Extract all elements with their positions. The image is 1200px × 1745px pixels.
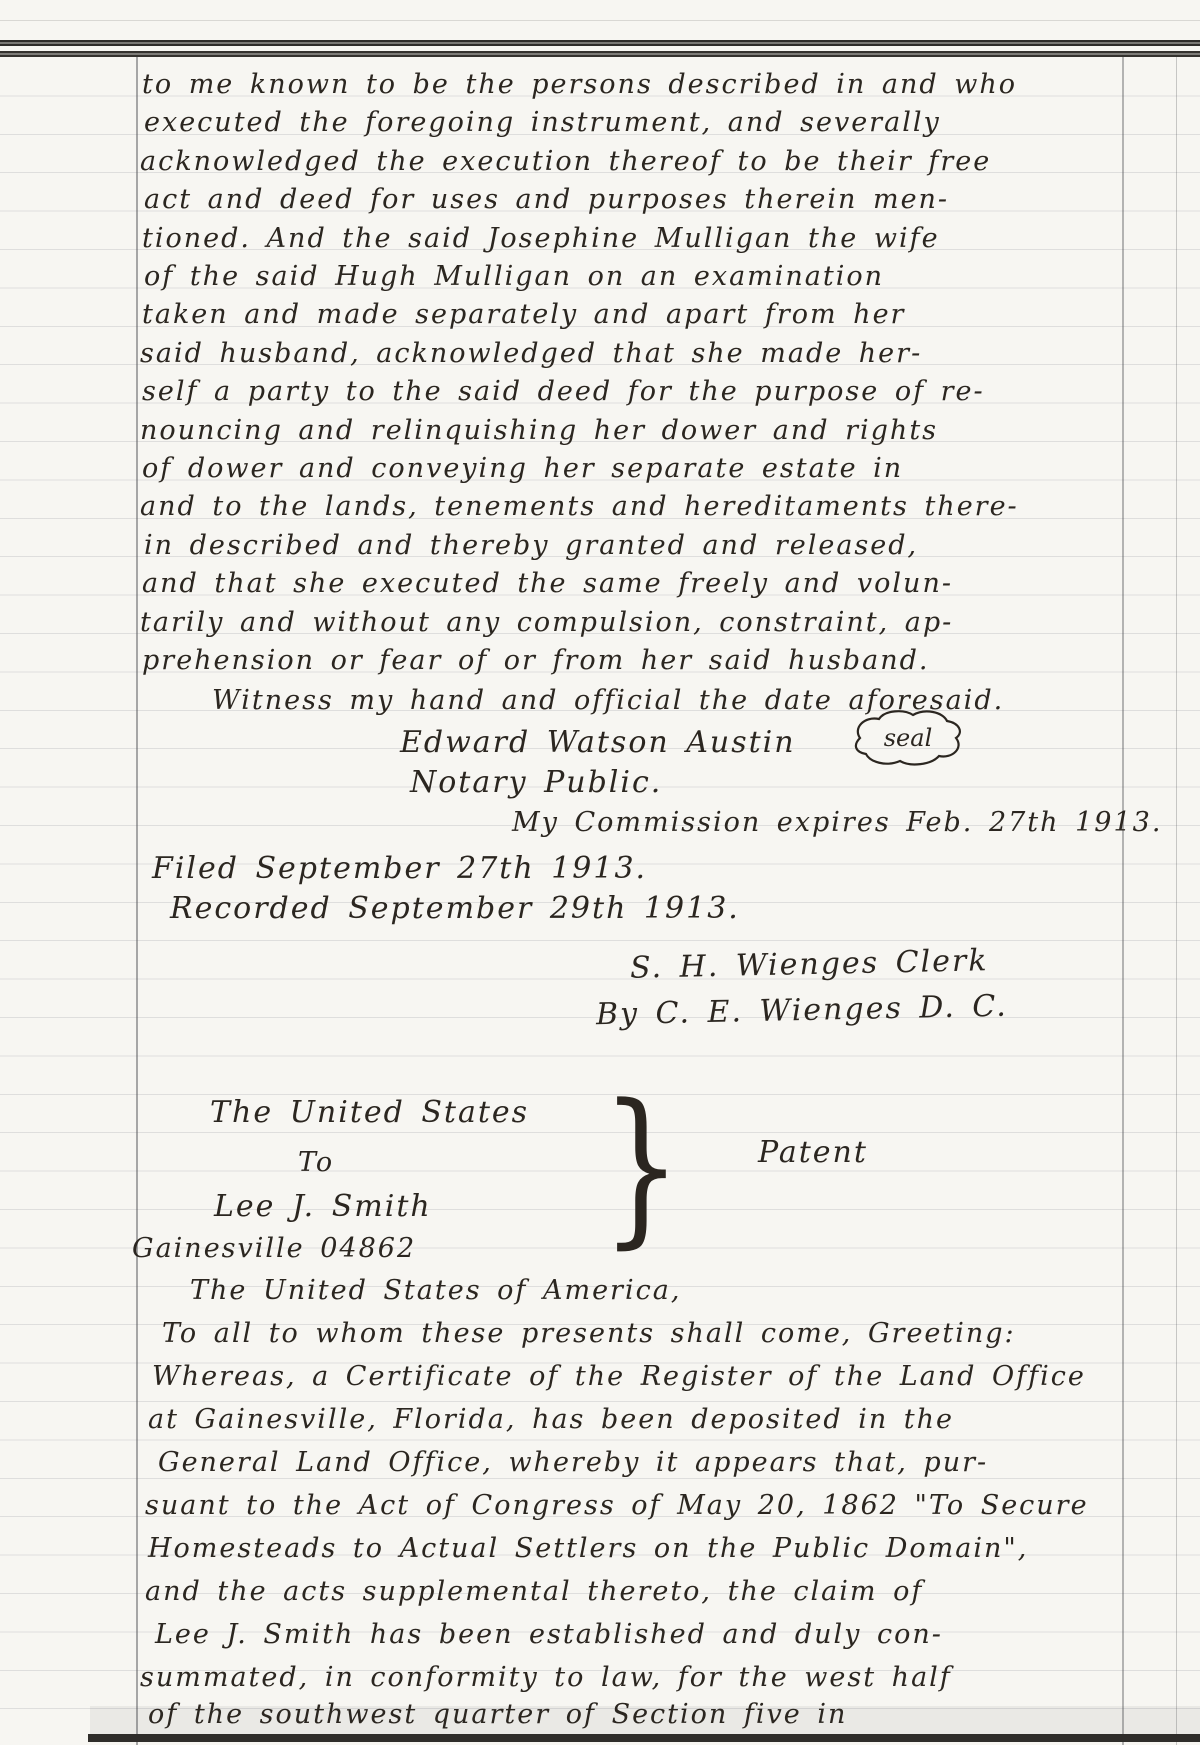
land-office-number: Gainesville 04862 [132,1234,416,1264]
handwritten-line: of the said Hugh Mulligan on an examinat… [144,262,884,292]
handwritten-line: and that she executed the same freely an… [142,569,953,599]
seal-label: seal [884,724,933,752]
bottom-page-edge [88,1734,1200,1742]
handwritten-line: suant to the Act of Congress of May 20, … [145,1491,1089,1521]
handwritten-line: prehension or fear of or from her said h… [142,646,929,676]
document-type-label: Patent [758,1136,868,1169]
handwritten-line: The United States of America, [190,1276,681,1306]
handwritten-line: and the acts supplemental thereto, the c… [145,1577,923,1607]
filed-line: Filed September 27th 1913. [152,852,647,885]
notary-title: Notary Public. [410,766,662,799]
handwritten-line: tarily and without any compulsion, const… [140,608,953,638]
handwritten-line: to me known to be the persons described … [142,70,1017,100]
handwritten-line: at Gainesville, Florida, has been deposi… [148,1405,954,1435]
right-edge-line [1176,57,1177,1745]
top-faint-rule [0,20,1200,21]
handwritten-line: acknowledged the execution thereof to be… [140,147,991,177]
handwritten-line: taken and made separately and apart from… [142,300,905,330]
handwritten-line: General Land Office, whereby it appears … [158,1448,988,1478]
handwritten-line: of dower and conveying her separate esta… [142,454,903,484]
handwritten-line: Homesteads to Actual Settlers on the Pub… [148,1534,1028,1564]
handwritten-line: summated, in conformity to law, for the … [140,1663,952,1693]
right-margin-line [1122,57,1124,1745]
handwritten-line: and to the lands, tenements and heredita… [140,492,1019,522]
top-double-rule-2 [0,51,1200,57]
handwritten-line: tioned. And the said Josephine Mulligan … [142,224,940,254]
handwritten-line: Lee J. Smith has been established and du… [155,1620,943,1650]
handwritten-line: Whereas, a Certificate of the Register o… [152,1362,1086,1392]
party-to: Lee J. Smith [214,1190,432,1223]
document-page: to me known to be the persons described … [0,0,1200,1745]
caption-to-word: To [298,1148,334,1178]
handwritten-line: To all to whom these presents shall come… [162,1319,1016,1349]
notary-signature: Edward Watson Austin [400,726,796,759]
commission-line: My Commission expires Feb. 27th 1913. [512,808,1162,838]
handwritten-line: executed the foregoing instrument, and s… [144,108,941,138]
handwritten-line: in described and thereby granted and rel… [144,531,918,561]
notary-seal: seal [846,706,970,770]
handwritten-line: act and deed for uses and purposes there… [144,185,949,215]
left-margin-line [136,57,138,1745]
handwritten-line: nouncing and relinquishing her dower and… [140,416,938,446]
top-double-rule-1 [0,40,1200,46]
handwritten-line: of the southwest quarter of Section five… [148,1700,847,1730]
caption-brace-icon: } [601,1086,681,1246]
handwritten-line: said husband, acknowledged that she made… [140,339,922,369]
party-from: The United States [210,1096,529,1129]
deputy-clerk-signature: By C. E. Wienges D. C. [596,990,1008,1032]
clerk-signature: S. H. Wienges Clerk [630,944,989,985]
recorded-line: Recorded September 29th 1913. [170,892,740,925]
handwritten-line: self a party to the said deed for the pu… [142,377,985,407]
